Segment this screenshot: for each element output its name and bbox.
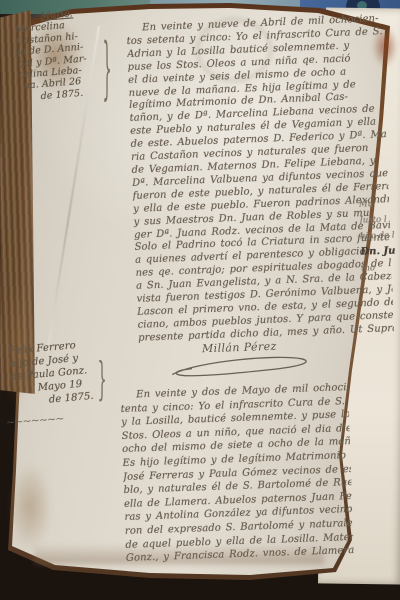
fragment-text-line: Dn. Ju <box>360 243 399 260</box>
fragment-text-line: hijo de l <box>360 227 399 244</box>
facing-page-text-fragment: MuJusto lhijo de lDn. Ju(no <box>359 195 400 276</box>
fragment-text-line: (no <box>361 259 400 276</box>
photo-of-parish-register: Murió.MarcelinaCastañon hi-ja de D. Anni… <box>0 0 400 600</box>
margin-brace: } <box>98 352 107 405</box>
baptism-entry-2: En veinte y dos de Mayo de mil ochociend… <box>120 381 354 569</box>
fragment-text-line: Mu <box>359 195 398 212</box>
baptism-entry-1: En veinte y nueve de Abril de mil ochoci… <box>126 13 394 349</box>
margin-brace: } <box>103 28 112 108</box>
fragment-text-line: Justo l <box>359 211 398 228</box>
